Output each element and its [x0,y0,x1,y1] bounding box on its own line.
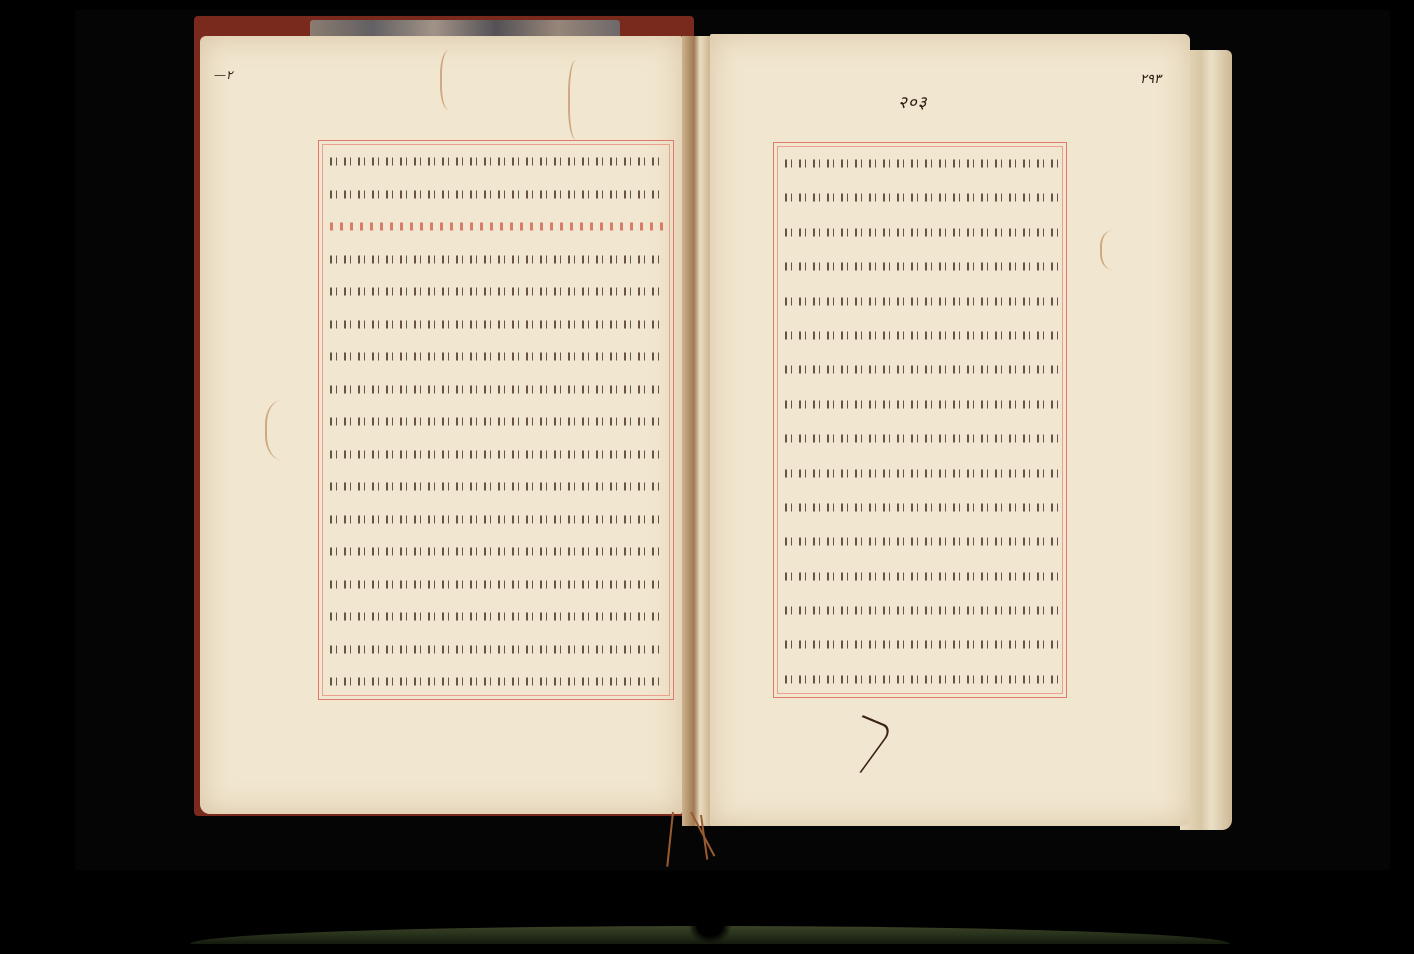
left-text-block [318,140,674,700]
script-line [327,151,665,169]
script-line [327,606,665,624]
book-gutter [682,36,712,826]
script-line [327,281,665,299]
damage-trace [265,400,307,460]
script-line [782,634,1058,652]
script-line [327,509,665,527]
script-line [327,444,665,462]
photo-stand-edge [190,926,1230,944]
script-line [782,359,1058,377]
damage-trace [440,50,462,110]
script-line [782,394,1058,412]
script-line [782,187,1058,205]
script-line [327,476,665,494]
script-line [327,379,665,397]
damage-trace [568,60,588,140]
script-line [782,531,1058,549]
left-corner-mark: —٢ [214,68,232,82]
script-line [327,411,665,429]
script-line [327,314,665,332]
script-line [327,541,665,559]
script-line [782,463,1058,481]
script-line [327,249,665,267]
manuscript-photo: —٢ २०३ ٢٩٣ [0,0,1414,954]
script-line [782,669,1058,687]
right-text-block [773,142,1067,698]
folio-number: २०३ [898,90,928,113]
corner-folio-number: ٢٩٣ [1140,72,1161,87]
script-line [782,497,1058,515]
script-line [327,184,665,202]
script-line [782,291,1058,309]
script-line [782,153,1058,171]
script-line [782,428,1058,446]
script-line [327,639,665,657]
script-line [782,325,1058,343]
damage-trace [1100,230,1132,270]
script-line [327,671,665,689]
script-line [327,574,665,592]
script-line [327,346,665,364]
script-line [782,256,1058,274]
rubric-line [327,216,665,234]
script-line [782,600,1058,618]
script-line [782,222,1058,240]
script-line [782,566,1058,584]
